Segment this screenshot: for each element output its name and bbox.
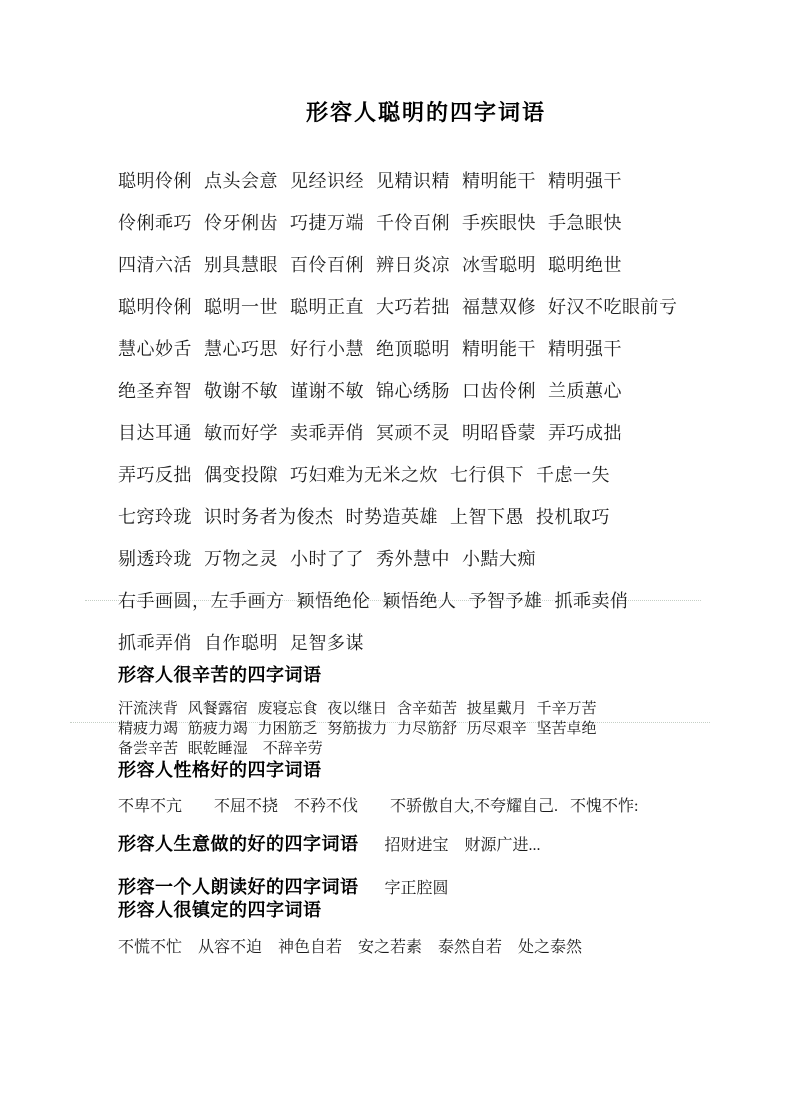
- idiom-line: 抓乖弄俏 自作聪明 足智多谋: [118, 622, 734, 664]
- section-character-content: 不卑不亢 不屈不挠 不矜不伐 不骄傲自大,不夸耀自己. 不愧不怍:: [118, 796, 734, 818]
- section-heading-reading: 形容一个人朗读好的四字词语: [118, 876, 359, 899]
- idiom-line: 慧心妙舌 慧心巧思 好行小慧 绝顶聪明 精明能干 精明强干: [118, 328, 734, 370]
- idiom-line: 绝圣弃智 敬谢不敏 谨谢不敏 锦心绣肠 口齿伶俐 兰质蕙心: [118, 370, 734, 412]
- section-smart: 聪明伶俐 点头会意 见经识经 见精识精 精明能干 精明强干 伶俐乖巧 伶牙俐齿 …: [118, 160, 734, 664]
- section-business-content: 招财进宝 财源广进...: [385, 832, 541, 855]
- section-hardworking: 汗流浃背 风餐露宿 废寝忘食 夜以继日 含辛茹苦 披星戴月 千辛万苦 精疲力竭 …: [118, 699, 734, 759]
- idiom-line: 右手画圆，左手画方 颖悟绝伦 颖悟绝人 予智予雄 抓乖卖俏: [118, 580, 734, 622]
- document-content: 形容人聪明的四字词语 聪明伶俐 点头会意 见经识经 见精识精 精明能干 精明强干…: [0, 0, 792, 959]
- section-heading-hardworking: 形容人很辛苦的四字词语: [118, 664, 734, 687]
- section-calm-content: 不慌不忙 从容不迫 神色自若 安之若素 泰然自若 处之泰然: [118, 937, 734, 959]
- section-business: 形容人生意做的好的四字词语 招财进宝 财源广进...: [118, 832, 734, 856]
- idiom-line: 聪明伶俐 点头会意 见经识经 见精识精 精明能干 精明强干: [118, 160, 734, 202]
- section-reading-content: 字正腔圆: [385, 875, 449, 898]
- idiom-line: 剔透玲珑 万物之灵 小时了了 秀外慧中 小黠大痴: [118, 538, 734, 580]
- idiom-line: 聪明伶俐 聪明一世 聪明正直 大巧若拙 福慧双修 好汉不吃眼前亏: [118, 286, 734, 328]
- section-heading-character: 形容人性格好的四字词语: [118, 759, 734, 782]
- document-page: 形容人聪明的四字词语 聪明伶俐 点头会意 见经识经 见精识精 精明能干 精明强干…: [0, 0, 792, 1120]
- idiom-line-small: 汗流浃背 风餐露宿 废寝忘食 夜以继日 含辛茹苦 披星戴月 千辛万苦: [118, 699, 734, 719]
- idiom-line-small: 备尝辛苦 眠乾睡湿 不辞辛劳: [118, 739, 734, 759]
- idiom-line: 伶俐乖巧 伶牙俐齿 巧捷万端 千伶百俐 手疾眼快 手急眼快: [118, 202, 734, 244]
- page-title: 形容人聪明的四字词语: [118, 0, 734, 126]
- idiom-line-small: 精疲力竭 筋疲力竭 力困筋乏 努筋拔力 力尽筋舒 历尽艰辛 坚苦卓绝: [118, 719, 734, 739]
- idiom-line: 七窍玲珑 识时务者为俊杰 时势造英雄 上智下愚 投机取巧: [118, 496, 734, 538]
- idiom-line: 目达耳通 敏而好学 卖乖弄俏 冥顽不灵 明昭昏蒙 弄巧成拙: [118, 412, 734, 454]
- section-reading: 形容一个人朗读好的四字词语 字正腔圆: [118, 875, 734, 899]
- idiom-line: 弄巧反拙 偶变投隙 巧妇难为无米之炊 七行俱下 千虑一失: [118, 454, 734, 496]
- idiom-line: 四清六活 别具慧眼 百伶百俐 辨日炎凉 冰雪聪明 聪明绝世: [118, 244, 734, 286]
- section-heading-calm: 形容人很镇定的四字词语: [118, 899, 734, 922]
- section-heading-business: 形容人生意做的好的四字词语: [118, 833, 359, 856]
